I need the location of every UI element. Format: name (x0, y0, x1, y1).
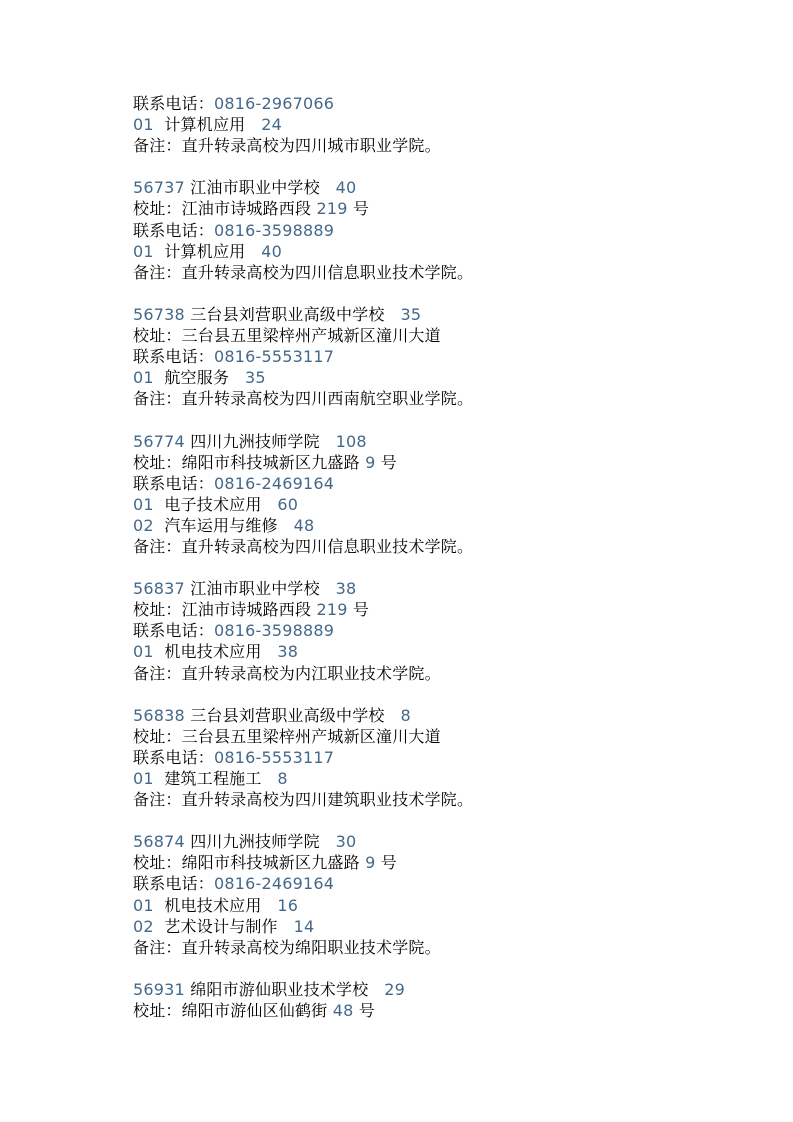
line-address: 校址：绵阳市科技城新区九盛路 9 号 (133, 852, 753, 873)
number-text: 108 (336, 432, 367, 451)
document-page: 联系电话：0816-296706601 计算机应用 24备注：直升转录高校为四川… (0, 0, 793, 1122)
school-block: 56874 四川九洲技师学院 30校址：绵阳市科技城新区九盛路 9 号联系电话：… (133, 831, 753, 958)
school-block: 56838 三台县刘营职业高级中学校 8校址：三台县五里梁梓州产城新区潼川大道联… (133, 705, 753, 810)
line-school-header: 56738 三台县刘营职业高级中学校 35 (133, 304, 753, 325)
line-program: 01 机电技术应用 16 (133, 895, 753, 916)
number-text: 38 (277, 642, 298, 661)
school-block: 56837 江油市职业中学校 38校址：江油市诗城路西段 219 号联系电话：0… (133, 578, 753, 683)
number-text: 02 (133, 516, 154, 535)
number-text: 01 (133, 642, 154, 661)
number-text: 8 (400, 706, 410, 725)
school-block: 56738 三台县刘营职业高级中学校 35校址：三台县五里梁梓州产城新区潼川大道… (133, 304, 753, 409)
line-note: 备注：直升转录高校为四川建筑职业技术学院。 (133, 789, 753, 810)
number-text: 02 (133, 917, 154, 936)
line-program: 01 计算机应用 24 (133, 114, 753, 135)
number-text: 56774 (133, 432, 185, 451)
line-school-header: 56837 江油市职业中学校 38 (133, 578, 753, 599)
line-school-header: 56874 四川九洲技师学院 30 (133, 831, 753, 852)
number-text: 0816-2469164 (214, 874, 334, 893)
line-note: 备注：直升转录高校为四川信息职业技术学院。 (133, 536, 753, 557)
school-block: 56737 江油市职业中学校 40校址：江油市诗城路西段 219 号联系电话：0… (133, 177, 753, 282)
number-text: 56931 (133, 980, 185, 999)
line-address: 校址：江油市诗城路西段 219 号 (133, 198, 753, 219)
number-text: 56737 (133, 178, 185, 197)
number-text: 38 (336, 579, 357, 598)
number-text: 0816-5553117 (214, 748, 334, 767)
number-text: 01 (133, 115, 154, 134)
number-text: 56837 (133, 579, 185, 598)
line-note: 备注：直升转录高校为四川城市职业学院。 (133, 135, 753, 156)
line-program: 01 航空服务 35 (133, 367, 753, 388)
line-phone: 联系电话：0816-5553117 (133, 346, 753, 367)
line-school-header: 56774 四川九洲技师学院 108 (133, 431, 753, 452)
number-text: 219 (317, 199, 348, 218)
line-address: 校址：三台县五里梁梓州产城新区潼川大道 (133, 325, 753, 346)
school-block: 联系电话：0816-296706601 计算机应用 24备注：直升转录高校为四川… (133, 93, 753, 156)
number-text: 35 (400, 305, 421, 324)
number-text: 48 (333, 1001, 354, 1020)
number-text: 56838 (133, 706, 185, 725)
number-text: 01 (133, 242, 154, 261)
line-note: 备注：直升转录高校为绵阳职业技术学院。 (133, 937, 753, 958)
number-text: 14 (294, 917, 315, 936)
line-program: 01 计算机应用 40 (133, 241, 753, 262)
line-school-header: 56838 三台县刘营职业高级中学校 8 (133, 705, 753, 726)
number-text: 9 (365, 453, 375, 472)
school-block: 56931 绵阳市游仙职业技术学校 29校址：绵阳市游仙区仙鹤街 48 号 (133, 979, 753, 1021)
number-text: 8 (277, 769, 287, 788)
number-text: 01 (133, 368, 154, 387)
line-address: 校址：绵阳市游仙区仙鹤街 48 号 (133, 1000, 753, 1021)
number-text: 01 (133, 495, 154, 514)
line-address: 校址：三台县五里梁梓州产城新区潼川大道 (133, 726, 753, 747)
line-phone: 联系电话：0816-3598889 (133, 220, 753, 241)
line-phone: 联系电话：0816-2469164 (133, 473, 753, 494)
school-block: 56774 四川九洲技师学院 108校址：绵阳市科技城新区九盛路 9 号联系电话… (133, 431, 753, 558)
line-note: 备注：直升转录高校为内江职业技术学院。 (133, 663, 753, 684)
number-text: 40 (336, 178, 357, 197)
document-body: 联系电话：0816-296706601 计算机应用 24备注：直升转录高校为四川… (133, 93, 753, 1021)
number-text: 0816-3598889 (214, 221, 334, 240)
number-text: 56874 (133, 832, 185, 851)
number-text: 0816-5553117 (214, 347, 334, 366)
number-text: 24 (261, 115, 282, 134)
line-note: 备注：直升转录高校为四川信息职业技术学院。 (133, 262, 753, 283)
line-school-header: 56931 绵阳市游仙职业技术学校 29 (133, 979, 753, 1000)
number-text: 0816-3598889 (214, 621, 334, 640)
line-phone: 联系电话：0816-5553117 (133, 747, 753, 768)
line-program: 01 建筑工程施工 8 (133, 768, 753, 789)
number-text: 0816-2469164 (214, 474, 334, 493)
line-phone: 联系电话：0816-2469164 (133, 873, 753, 894)
number-text: 01 (133, 769, 154, 788)
number-text: 48 (294, 516, 315, 535)
line-phone: 联系电话：0816-3598889 (133, 620, 753, 641)
line-school-header: 56737 江油市职业中学校 40 (133, 177, 753, 198)
number-text: 01 (133, 896, 154, 915)
line-note: 备注：直升转录高校为四川西南航空职业学院。 (133, 388, 753, 409)
number-text: 219 (317, 600, 348, 619)
number-text: 16 (277, 896, 298, 915)
number-text: 30 (336, 832, 357, 851)
number-text: 29 (384, 980, 405, 999)
number-text: 9 (365, 853, 375, 872)
line-program: 01 电子技术应用 60 (133, 494, 753, 515)
number-text: 56738 (133, 305, 185, 324)
number-text: 0816-2967066 (214, 94, 334, 113)
line-address: 校址：绵阳市科技城新区九盛路 9 号 (133, 452, 753, 473)
line-program: 01 机电技术应用 38 (133, 641, 753, 662)
line-address: 校址：江油市诗城路西段 219 号 (133, 599, 753, 620)
line-phone: 联系电话：0816-2967066 (133, 93, 753, 114)
number-text: 60 (277, 495, 298, 514)
number-text: 40 (261, 242, 282, 261)
line-program: 02 汽车运用与维修 48 (133, 515, 753, 536)
number-text: 35 (245, 368, 266, 387)
line-program: 02 艺术设计与制作 14 (133, 916, 753, 937)
